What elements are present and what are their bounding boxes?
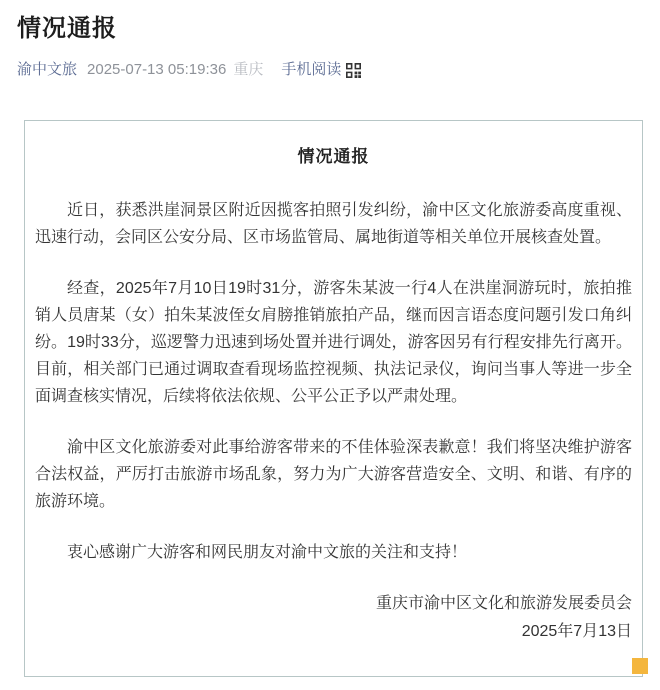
signature-block: 重庆市渝中区文化和旅游发展委员会 2025年7月13日 [35, 590, 632, 646]
mobile-read-link[interactable]: 手机阅读 [281, 60, 341, 80]
notice-paragraph-2: 经查，2025年7月10日19时31分，游客朱某波一行4人在洪崖洞游玩时，旅拍推… [35, 275, 632, 410]
author-link[interactable]: 渝中文旅 [17, 60, 77, 80]
post-timestamp: 2025-07-13 05:19:36 [87, 60, 226, 80]
notice-paragraph-4: 衷心感谢广大游客和网民朋友对渝中文旅的关注和支持！ [35, 539, 632, 566]
post-location: 重庆 [233, 60, 263, 80]
article-page: 情况通报 渝中文旅 2025-07-13 05:19:36 重庆 手机阅读 情况… [0, 0, 660, 690]
yellow-marker-square [632, 658, 648, 674]
signature-date: 2025年7月13日 [35, 618, 632, 646]
notice-paragraph-3: 渝中区文化旅游委对此事给游客带来的不佳体验深表歉意！我们将坚决维护游客合法权益，… [35, 434, 632, 515]
notice-paragraph-1: 近日，获悉洪崖洞景区附近因揽客拍照引发纠纷，渝中区文化旅游委高度重视、迅速行动，… [35, 197, 632, 251]
qr-code-icon[interactable] [346, 63, 361, 78]
page-title: 情况通报 [0, 0, 660, 44]
notice-title: 情况通报 [35, 145, 632, 169]
signature-org: 重庆市渝中区文化和旅游发展委员会 [35, 590, 632, 618]
post-meta-row: 渝中文旅 2025-07-13 05:19:36 重庆 手机阅读 [0, 44, 660, 80]
notice-box: 情况通报 近日，获悉洪崖洞景区附近因揽客拍照引发纠纷，渝中区文化旅游委高度重视、… [24, 120, 643, 677]
